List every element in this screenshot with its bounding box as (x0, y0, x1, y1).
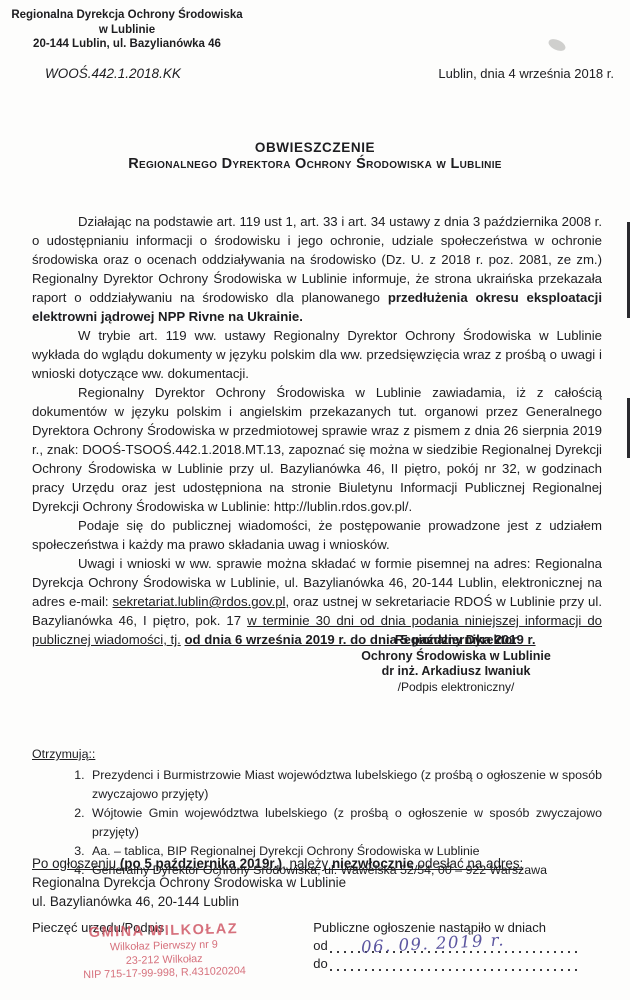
electronic-signature-note: /Podpis elektroniczny/ (300, 680, 612, 696)
footer-section: Pieczęć urzędu/Podpis GMINA WILKOŁAZ Wil… (32, 920, 606, 971)
text-segment: Po ogłoszeniu (32, 856, 120, 871)
return-address-line-1: Regionalna Dyrekcja Ochrony Środowiska w… (32, 873, 602, 892)
announcement-dates-area: Publiczne ogłoszenie nastąpiło w dniach … (313, 920, 606, 971)
return-address-line-2: ul. Bazylianówka 46, 20-144 Lublin (32, 892, 602, 911)
text-segment: odesłać na adres: (414, 856, 523, 871)
text-segment: sekretariat.lublin@rdos.gov.pl (113, 594, 286, 609)
body-text: Działając na podstawie art. 119 ust 1, a… (32, 212, 602, 649)
paragraph-where-to-review: Regionalny Dyrektor Ochrony Środowiska w… (32, 383, 602, 516)
to-label: do (313, 956, 327, 971)
title-block: OBWIESZCZENIE Regionalnego Dyrektora Och… (0, 140, 630, 172)
sender-line-3: 20-144 Lublin, ul. Bazylianówka 46 (6, 37, 248, 52)
document-subtitle: Regionalnego Dyrektora Ochrony Środowisk… (0, 156, 630, 172)
text-segment: Podaje się do publicznej wiadomości, że … (32, 518, 602, 552)
text-segment: niezwłocznie (332, 856, 414, 871)
scan-smudge (547, 37, 568, 54)
place-and-date: Lublin, dnia 4 września 2018 r. (438, 66, 614, 81)
signature-block: Regionalny Dyrektor Ochrony Środowiska w… (300, 633, 612, 695)
recipient-item: Wójtowie Gmin województwa lubelskiego (z… (88, 804, 602, 842)
reference-row: WOOŚ.442.1.2018.KK Lublin, dnia 4 wrześn… (45, 66, 614, 81)
signature-title-1: Regionalny Dyrektor (300, 633, 612, 649)
recipient-item: Prezydenci i Burmistrzowie Miast wojewód… (88, 766, 602, 804)
sender-line-1: Regionalna Dyrekcja Ochrony Środowiska (6, 8, 248, 23)
document-page: Regionalna Dyrekcja Ochrony Środowiska w… (0, 0, 630, 1000)
text-segment: (po 5 października 2019r.) (120, 856, 282, 871)
text-segment: , należy (282, 856, 332, 871)
paragraph-legal-basis: Działając na podstawie art. 119 ust 1, a… (32, 212, 602, 326)
to-dotted-line (330, 957, 582, 971)
municipality-stamp: GMINA WILKOŁAZ Wilkołaz Pierwszy nr 9 23… (43, 920, 284, 984)
return-instruction-section: Po ogłoszeniu (po 5 października 2019r.)… (32, 854, 602, 911)
sender-block: Regionalna Dyrekcja Ochrony Środowiska w… (6, 8, 248, 52)
case-reference: WOOŚ.442.1.2018.KK (45, 66, 181, 81)
text-segment: W trybie art. 119 ww. ustawy Regionalny … (32, 328, 602, 381)
document-title: OBWIESZCZENIE (0, 140, 630, 155)
signature-title-2: Ochrony Środowiska w Lublinie (300, 649, 612, 665)
signature-name: dr inż. Arkadiusz Iwaniuk (300, 664, 612, 680)
paragraph-public-notice: Podaje się do publicznej wiadomości, że … (32, 516, 602, 554)
text-segment: Regionalny Dyrektor Ochrony Środowiska w… (32, 385, 602, 514)
recipients-heading: Otrzymują:: (32, 745, 602, 764)
sender-line-2: w Lublinie (6, 23, 248, 38)
seal-area: Pieczęć urzędu/Podpis GMINA WILKOŁAZ Wil… (32, 920, 305, 971)
date-to-row: do (313, 956, 606, 971)
from-label: od (313, 938, 327, 953)
paragraph-documents-display: W trybie art. 119 ww. ustawy Regionalny … (32, 326, 602, 383)
return-instruction: Po ogłoszeniu (po 5 października 2019r.)… (32, 854, 602, 873)
